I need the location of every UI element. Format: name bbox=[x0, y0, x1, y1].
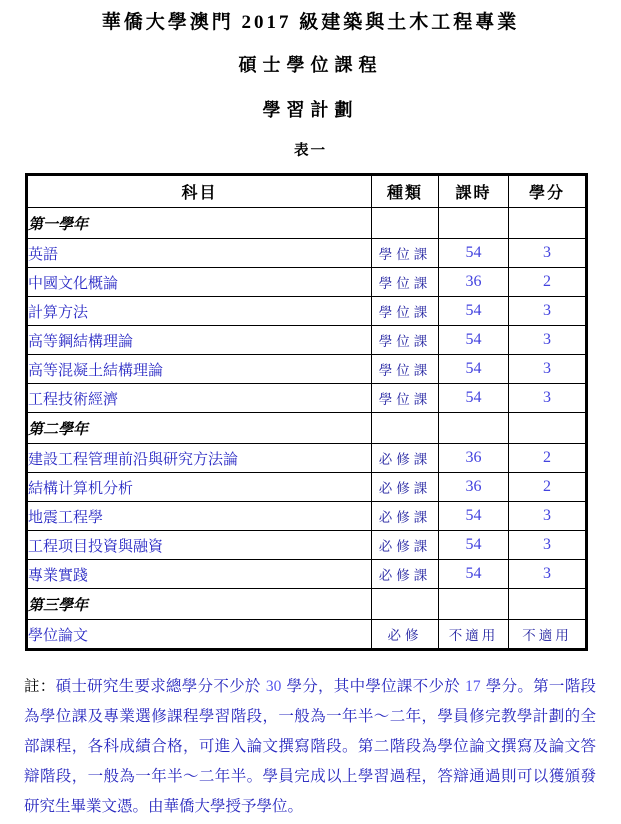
table-row: 英語學位課543 bbox=[27, 239, 587, 268]
subject-cell: 英語 bbox=[27, 239, 372, 268]
credits-cell: 3 bbox=[509, 239, 587, 268]
hours-cell: 54 bbox=[439, 297, 509, 326]
table-row: 高等鋼結構理論學位課543 bbox=[27, 326, 587, 355]
credits-cell: 3 bbox=[509, 560, 587, 589]
subject-cell: 高等混凝土結構理論 bbox=[27, 355, 372, 384]
subject-cell: 結構计算机分析 bbox=[27, 473, 372, 502]
subject-cell: 地震工程學 bbox=[27, 502, 372, 531]
note-paragraph: 註：碩士研究生要求總學分不少於 30 學分，其中學位課不少於 17 學分。第一階… bbox=[24, 672, 596, 822]
table-row: 結構计算机分析必修課362 bbox=[27, 473, 587, 502]
table-row: 專業實踐必修課543 bbox=[27, 560, 587, 589]
type-cell: 學位課 bbox=[372, 326, 439, 355]
credits-cell: 3 bbox=[509, 355, 587, 384]
hours-cell: 54 bbox=[439, 531, 509, 560]
table-row: 工程技術經濟學位課543 bbox=[27, 384, 587, 413]
section-title: 第三學年 bbox=[27, 589, 372, 620]
subject-cell: 建設工程管理前沿與研究方法論 bbox=[27, 444, 372, 473]
credits-cell: 3 bbox=[509, 531, 587, 560]
credits-cell: 3 bbox=[509, 384, 587, 413]
subject-cell: 工程技術經濟 bbox=[27, 384, 372, 413]
document-page: 華僑大學澳門 2017 級建築與土木工程專業 碩士學位課程 學習計劃 表一 科目… bbox=[0, 0, 621, 822]
column-header-type: 種類 bbox=[372, 175, 439, 208]
section-title: 第二學年 bbox=[27, 413, 372, 444]
hours-cell: 54 bbox=[439, 326, 509, 355]
table-body: 第一學年英語學位課543中國文化概論學位課362計算方法學位課543高等鋼結構理… bbox=[27, 208, 587, 650]
subject-cell: 工程项目投資與融資 bbox=[27, 531, 372, 560]
column-header-hours: 課時 bbox=[439, 175, 509, 208]
note-text: 學分。第一階段為學位課及專業選修課程學習階段，一般為一年半～二年，學員修完教學計… bbox=[24, 678, 596, 815]
credits-cell: 3 bbox=[509, 502, 587, 531]
empty-cell bbox=[372, 208, 439, 239]
hours-cell: 54 bbox=[439, 560, 509, 589]
empty-cell bbox=[372, 589, 439, 620]
credits-cell: 2 bbox=[509, 473, 587, 502]
type-cell: 必修課 bbox=[372, 502, 439, 531]
empty-cell bbox=[439, 208, 509, 239]
empty-cell bbox=[509, 413, 587, 444]
hours-cell: 36 bbox=[439, 444, 509, 473]
subject-cell: 專業實踐 bbox=[27, 560, 372, 589]
empty-cell bbox=[372, 413, 439, 444]
credits-cell: 不適用 bbox=[509, 620, 587, 650]
subject-cell: 中國文化概論 bbox=[27, 268, 372, 297]
credits-cell: 3 bbox=[509, 326, 587, 355]
page-title: 華僑大學澳門 2017 級建築與土木工程專業 bbox=[0, 0, 621, 34]
section-row-year-1: 第一學年 bbox=[27, 208, 587, 239]
note-number: 30 bbox=[265, 678, 283, 695]
table-row: 學位論文必修不適用不適用 bbox=[27, 620, 587, 650]
subject-cell: 學位論文 bbox=[27, 620, 372, 650]
empty-cell bbox=[509, 589, 587, 620]
type-cell: 必修課 bbox=[372, 560, 439, 589]
type-cell: 必修課 bbox=[372, 444, 439, 473]
type-cell: 必修課 bbox=[372, 531, 439, 560]
type-cell: 學位課 bbox=[372, 384, 439, 413]
type-cell: 學位課 bbox=[372, 297, 439, 326]
section-title: 第一學年 bbox=[27, 208, 372, 239]
study-plan-table: 科目 種類 課時 學分 第一學年英語學位課543中國文化概論學位課362計算方法… bbox=[25, 173, 588, 651]
type-cell: 學位課 bbox=[372, 268, 439, 297]
section-row-year-2: 第二學年 bbox=[27, 413, 587, 444]
credits-cell: 2 bbox=[509, 444, 587, 473]
empty-cell bbox=[509, 208, 587, 239]
subject-cell: 計算方法 bbox=[27, 297, 372, 326]
empty-cell bbox=[439, 589, 509, 620]
credits-cell: 2 bbox=[509, 268, 587, 297]
table-row: 高等混凝土結構理論學位課543 bbox=[27, 355, 587, 384]
note-label: 註： bbox=[24, 678, 56, 695]
page-subtitle-plan: 學習計劃 bbox=[0, 77, 621, 122]
column-header-credits: 學分 bbox=[509, 175, 587, 208]
section-row-year-3: 第三學年 bbox=[27, 589, 587, 620]
table-row: 工程项目投資與融資必修課543 bbox=[27, 531, 587, 560]
hours-cell: 36 bbox=[439, 473, 509, 502]
hours-cell: 54 bbox=[439, 502, 509, 531]
table-header-row: 科目 種類 課時 學分 bbox=[27, 175, 587, 208]
credits-cell: 3 bbox=[509, 297, 587, 326]
type-cell: 學位課 bbox=[372, 239, 439, 268]
table-row: 建設工程管理前沿與研究方法論必修課362 bbox=[27, 444, 587, 473]
document-header: 華僑大學澳門 2017 級建築與土木工程專業 碩士學位課程 學習計劃 表一 bbox=[0, 0, 621, 160]
table-row: 計算方法學位課543 bbox=[27, 297, 587, 326]
column-header-subject: 科目 bbox=[27, 175, 372, 208]
note-text: 碩士研究生要求總學分不少於 bbox=[56, 678, 265, 695]
hours-cell: 54 bbox=[439, 355, 509, 384]
note-number: 17 bbox=[464, 678, 482, 695]
type-cell: 必修課 bbox=[372, 473, 439, 502]
table-row: 中國文化概論學位課362 bbox=[27, 268, 587, 297]
page-subtitle-degree: 碩士學位課程 bbox=[0, 34, 621, 77]
table-row: 地震工程學必修課543 bbox=[27, 502, 587, 531]
hours-cell: 54 bbox=[439, 384, 509, 413]
subject-cell: 高等鋼結構理論 bbox=[27, 326, 372, 355]
hours-cell: 54 bbox=[439, 239, 509, 268]
note-text: 學分，其中學位課不少於 bbox=[282, 678, 464, 695]
hours-cell: 36 bbox=[439, 268, 509, 297]
empty-cell bbox=[439, 413, 509, 444]
type-cell: 必修 bbox=[372, 620, 439, 650]
table-caption: 表一 bbox=[0, 122, 621, 160]
hours-cell: 不適用 bbox=[439, 620, 509, 650]
type-cell: 學位課 bbox=[372, 355, 439, 384]
